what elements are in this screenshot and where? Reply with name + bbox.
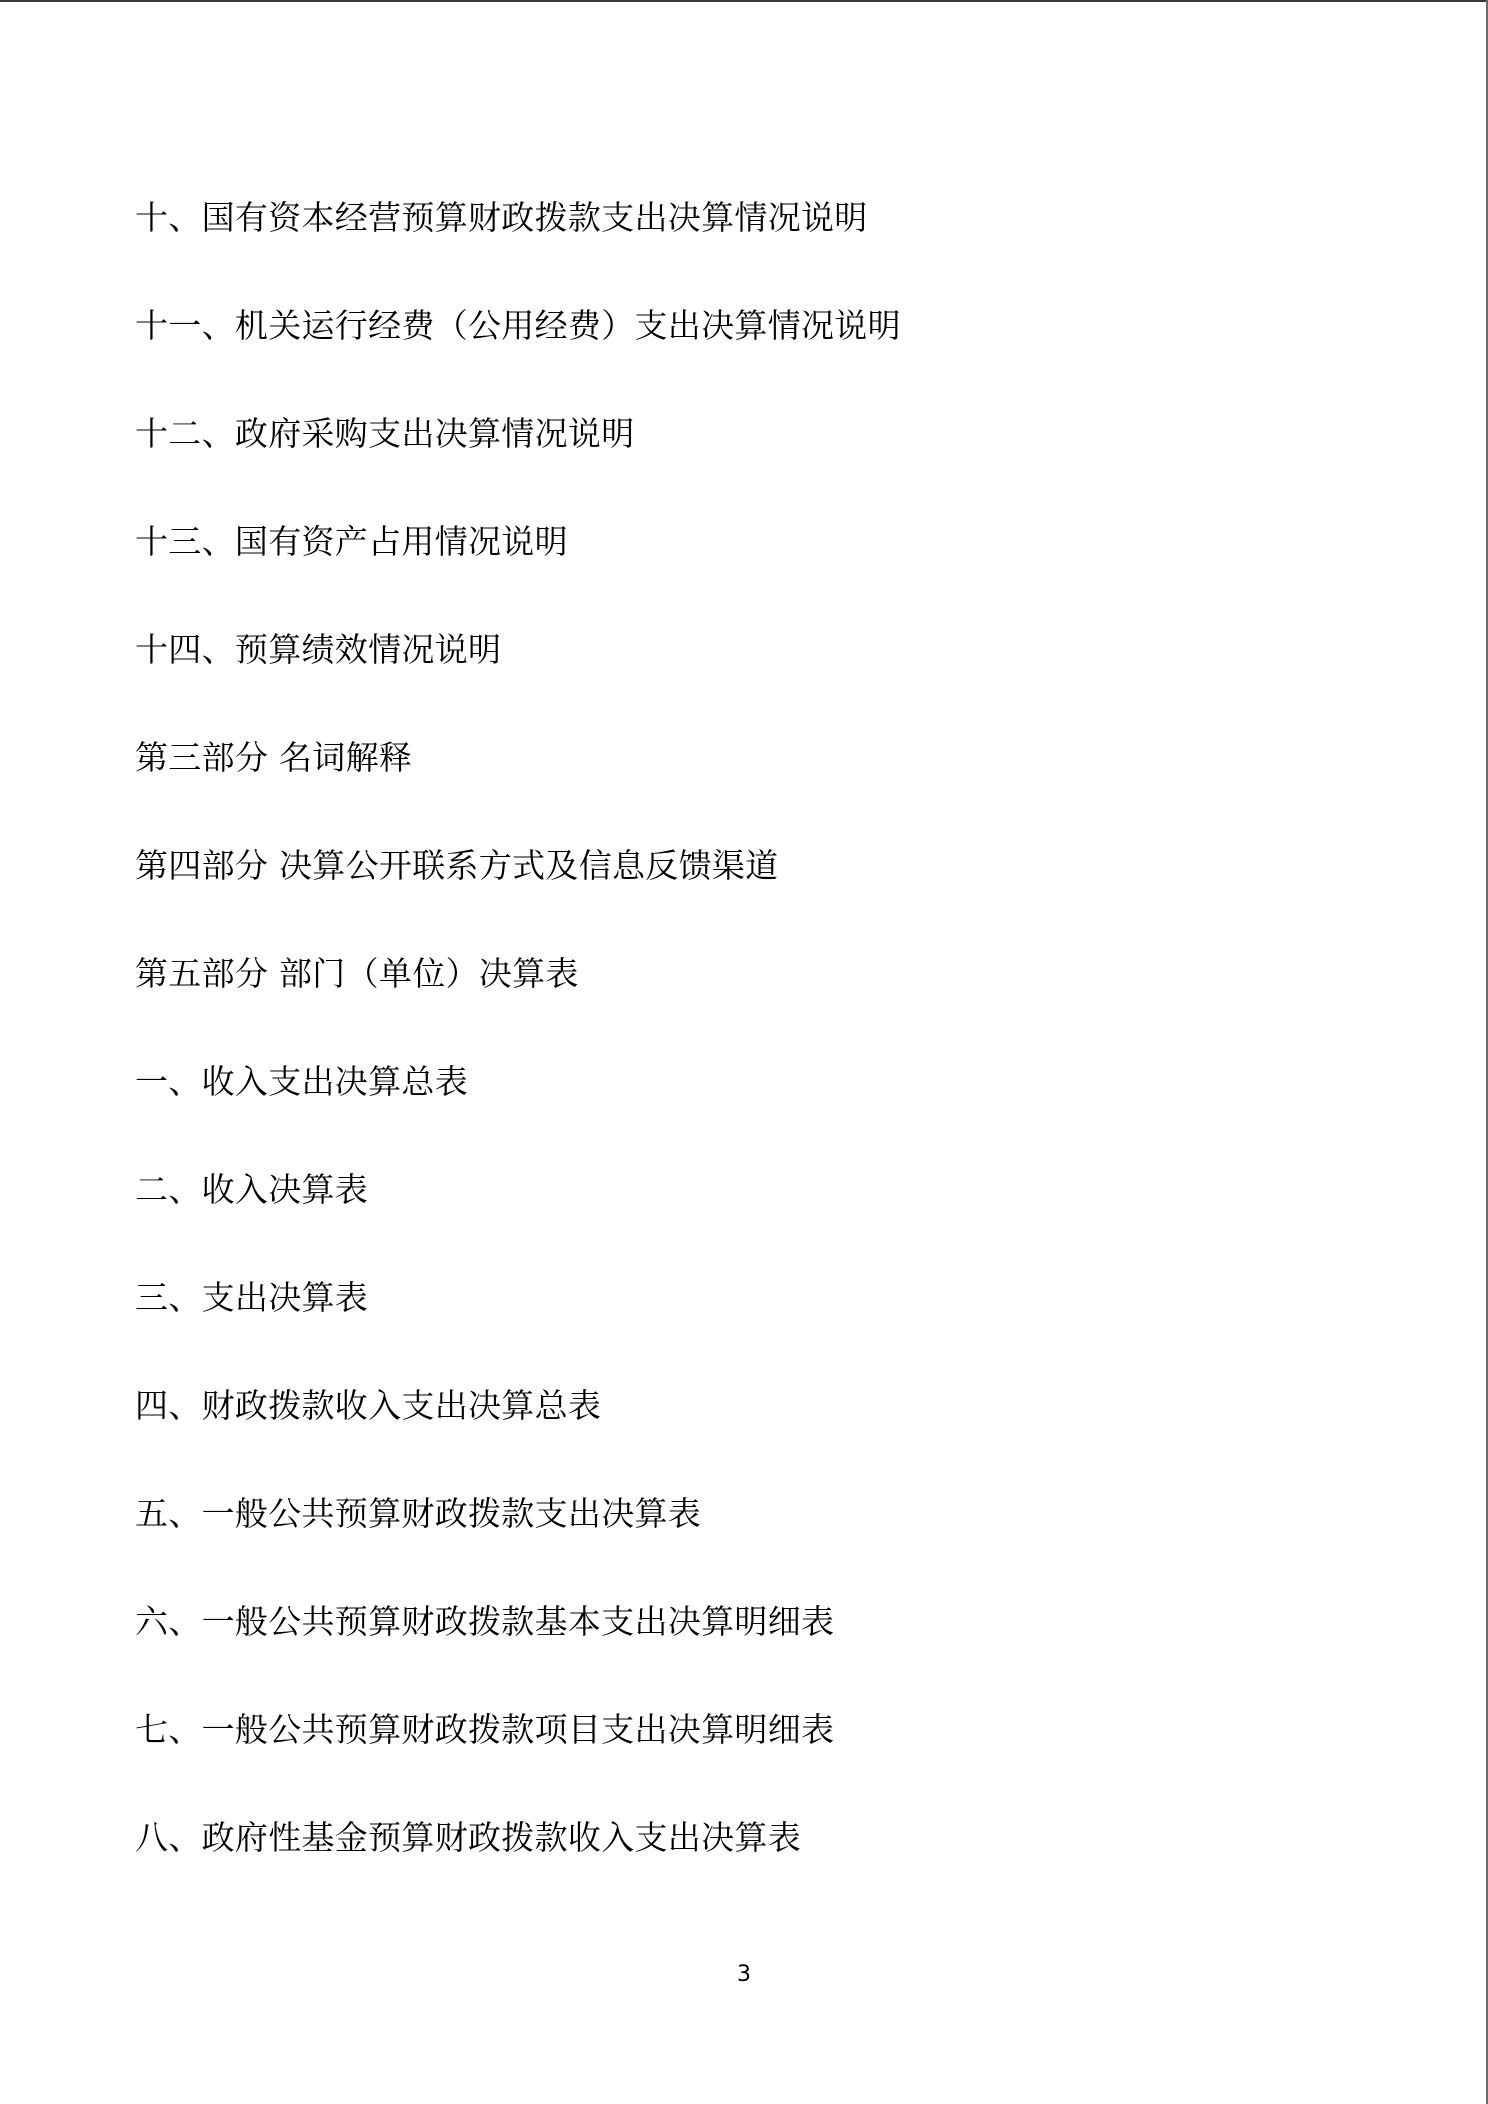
toc-table-4: 四、财政拨款收入支出决算总表 bbox=[135, 1386, 601, 1426]
toc-part-5-tables: 第五部分 部门（单位）决算表 bbox=[135, 954, 579, 994]
toc-table-8: 八、政府性基金预算财政拨款收入支出决算表 bbox=[135, 1818, 801, 1858]
toc-table-2: 二、收入决算表 bbox=[135, 1170, 368, 1210]
toc-item-14-performance: 十四、预算绩效情况说明 bbox=[135, 630, 501, 670]
toc-table-7: 七、一般公共预算财政拨款项目支出决算明细表 bbox=[135, 1710, 834, 1750]
toc-table-1: 一、收入支出决算总表 bbox=[135, 1062, 468, 1102]
toc-part-4-contact: 第四部分 决算公开联系方式及信息反馈渠道 bbox=[135, 846, 779, 886]
toc-item-13-state-assets: 十三、国有资产占用情况说明 bbox=[135, 522, 568, 562]
toc-item-12-procurement: 十二、政府采购支出决算情况说明 bbox=[135, 414, 635, 454]
toc-table-5: 五、一般公共预算财政拨款支出决算表 bbox=[135, 1494, 701, 1534]
toc-item-10-state-capital: 十、国有资本经营预算财政拨款支出决算情况说明 bbox=[135, 198, 868, 238]
toc-table-6: 六、一般公共预算财政拨款基本支出决算明细表 bbox=[135, 1602, 834, 1642]
toc-part-3-glossary: 第三部分 名词解释 bbox=[135, 738, 412, 778]
page-top-border bbox=[0, 0, 1488, 2]
toc-table-3: 三、支出决算表 bbox=[135, 1278, 368, 1318]
page-number: 3 bbox=[0, 1962, 1488, 1988]
toc-item-11-operating-expenses: 十一、机关运行经费（公用经费）支出决算情况说明 bbox=[135, 306, 901, 346]
